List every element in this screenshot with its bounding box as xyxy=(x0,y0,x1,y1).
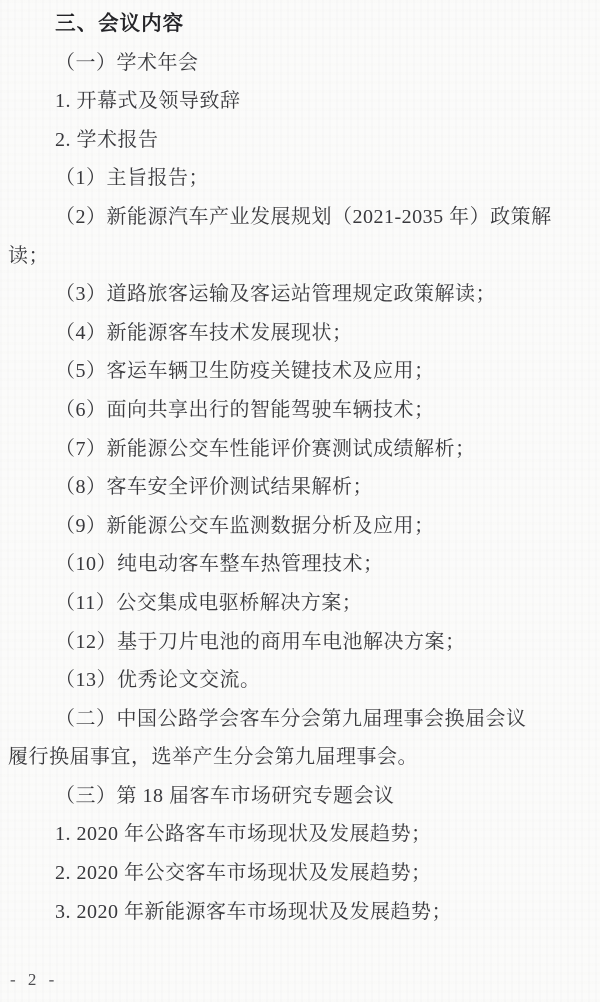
text-line: 2. 2020 年公交客车市场现状及发展趋势； xyxy=(8,854,596,893)
text-line: （三）第 18 届客车市场研究专题会议 xyxy=(8,777,596,816)
text-line: 2. 学术报告 xyxy=(8,121,596,160)
text-line: （10）纯电动客车整车热管理技术； xyxy=(8,545,596,584)
text-line: 1. 开幕式及领导致辞 xyxy=(8,82,596,121)
text-line: （1）主旨报告； xyxy=(8,159,596,198)
text-line: （一）学术年会 xyxy=(8,44,596,83)
text-line-wrapped: 履行换届事宜，选举产生分会第九届理事会。 xyxy=(8,738,596,777)
text-line: （2）新能源汽车产业发展规划（2021-2035 年）政策解 xyxy=(8,198,596,237)
page-number: - 2 - xyxy=(10,970,58,990)
text-line-wrapped: 读； xyxy=(8,237,596,276)
text-line: （7）新能源公交车性能评价赛测试成绩解析； xyxy=(8,430,596,469)
text-line: 3. 2020 年新能源客车市场现状及发展趋势； xyxy=(8,893,596,932)
section-heading: 三、会议内容 xyxy=(8,5,596,44)
text-line: （3）道路旅客运输及客运站管理规定政策解读； xyxy=(8,275,596,314)
text-line: （4）新能源客车技术发展现状； xyxy=(8,314,596,353)
text-line: （13）优秀论文交流。 xyxy=(8,661,596,700)
text-line: （二）中国公路学会客车分会第九届理事会换届会议 xyxy=(8,700,596,739)
text-line: 1. 2020 年公路客车市场现状及发展趋势； xyxy=(8,815,596,854)
text-line: （8）客车安全评价测试结果解析； xyxy=(8,468,596,507)
scanned-document-page: 三、会议内容 （一）学术年会 1. 开幕式及领导致辞 2. 学术报告 （1）主旨… xyxy=(0,0,600,1002)
text-line: （12）基于刀片电池的商用车电池解决方案； xyxy=(8,623,596,662)
document-body: 三、会议内容 （一）学术年会 1. 开幕式及领导致辞 2. 学术报告 （1）主旨… xyxy=(8,5,596,931)
text-line: （9）新能源公交车监测数据分析及应用； xyxy=(8,507,596,546)
text-line: （11）公交集成电驱桥解决方案； xyxy=(8,584,596,623)
text-line: （5）客运车辆卫生防疫关键技术及应用； xyxy=(8,352,596,391)
text-line: （6）面向共享出行的智能驾驶车辆技术； xyxy=(8,391,596,430)
